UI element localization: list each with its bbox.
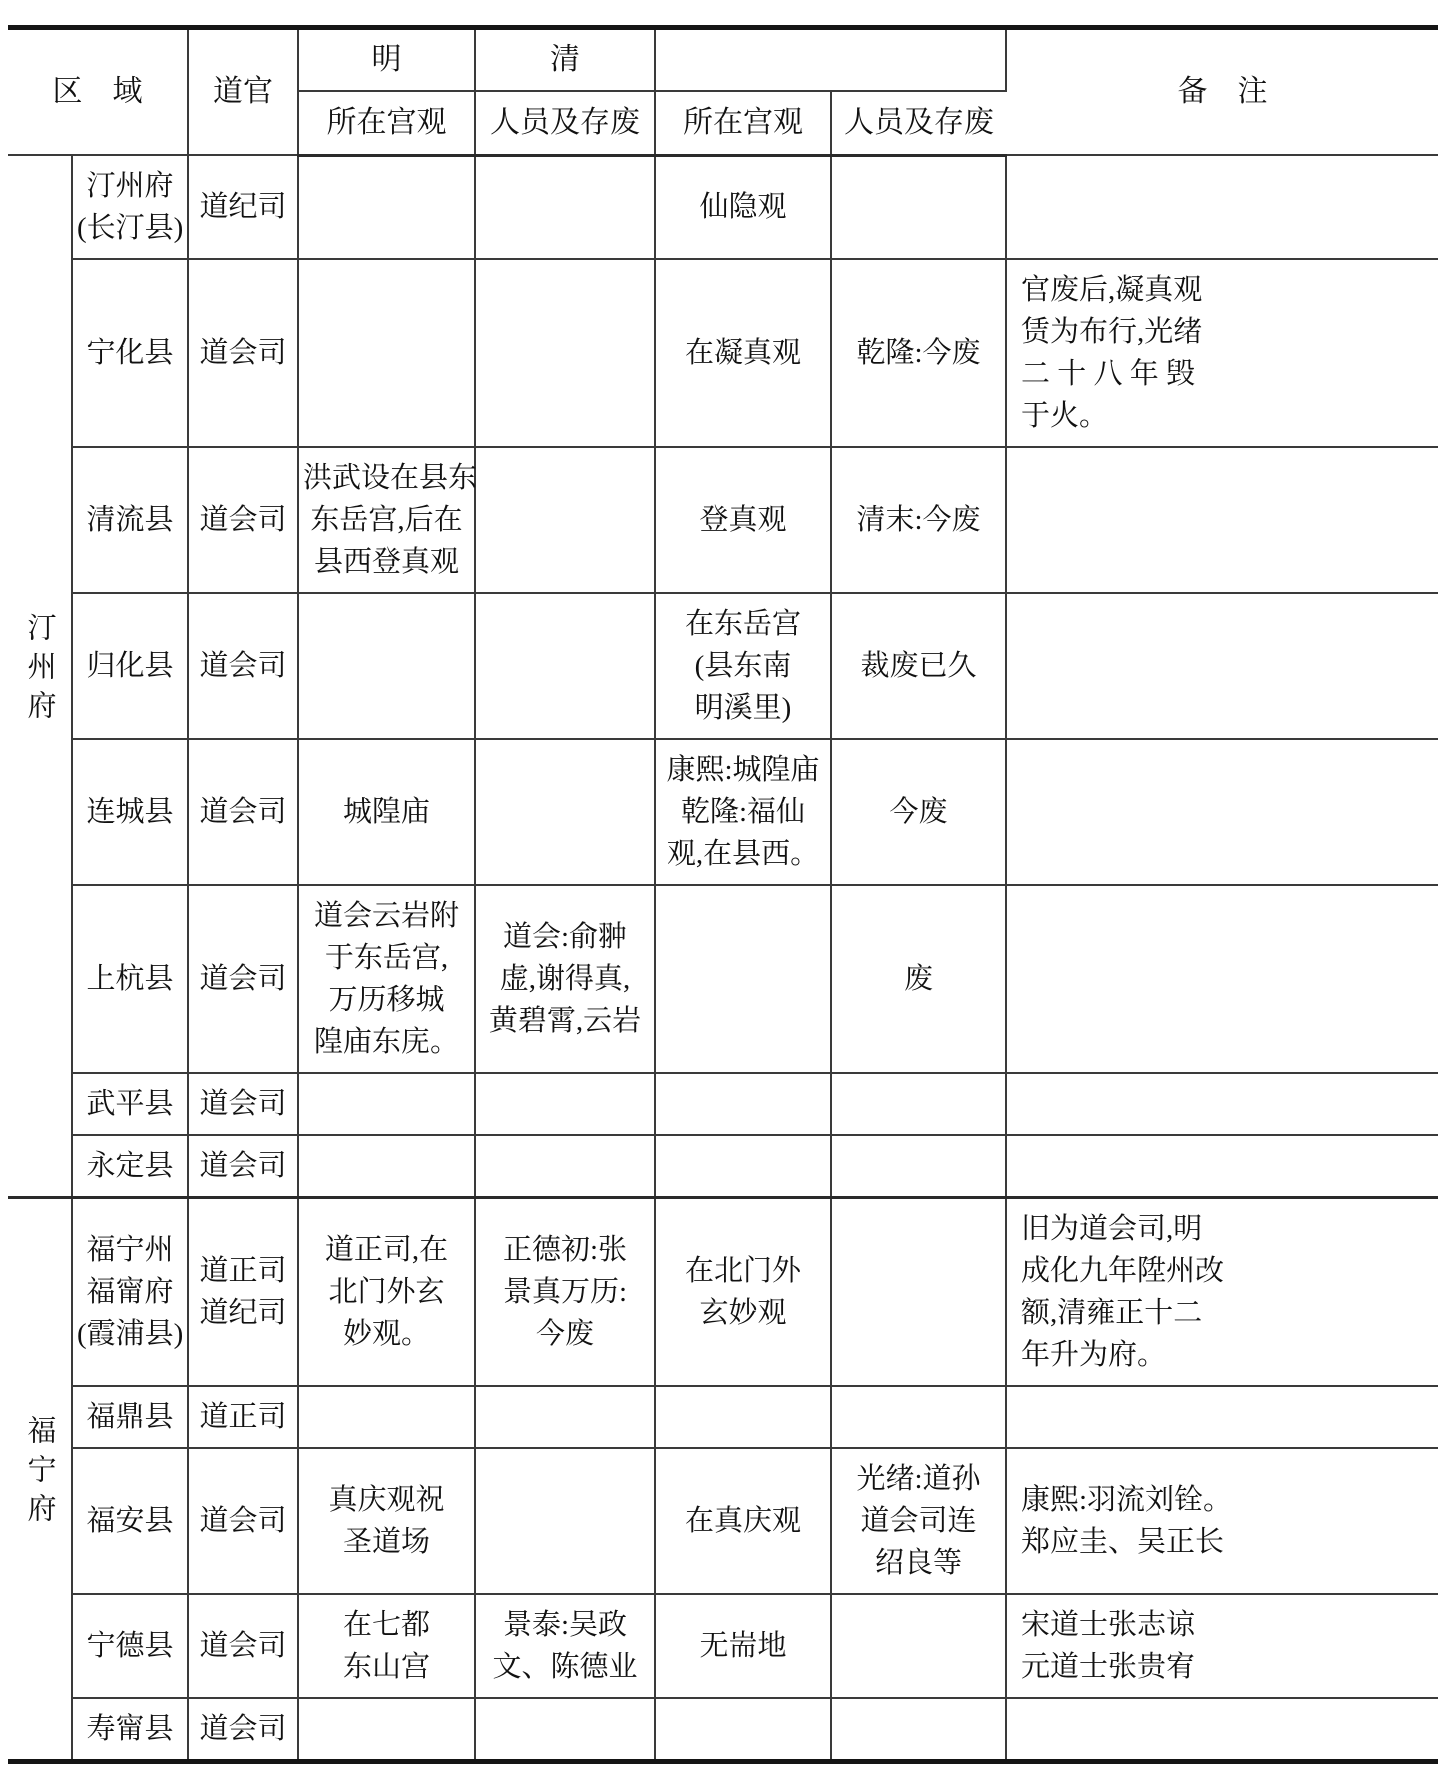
official-cell: 道纪司 [188,155,298,259]
table-row: 福宁府福宁州 福甯府 (霞浦县)道正司 道纪司道正司,在 北门外玄 妙观。正德初… [8,1198,1438,1387]
qing-people-cell [831,1073,1006,1135]
qing-temple-cell [655,1073,831,1135]
county-cell: 连城县 [72,739,188,885]
ming-people-cell [475,1135,655,1198]
qing-people-cell [831,1698,1006,1762]
prefecture-group-label: 福宁府 [8,1198,72,1762]
header-ming-renyuan: 人员及存废 [475,91,655,155]
table-row: 上杭县道会司道会云岩附 于东岳宫, 万历移城 隍庙东庑。道会:俞翀 虚,谢得真,… [8,885,1438,1073]
ming-temple-cell: 道正司,在 北门外玄 妙观。 [298,1198,475,1387]
ming-people-cell: 正德初:张 景真万历: 今废 [475,1198,655,1387]
note-cell [1006,155,1438,259]
official-cell: 道会司 [188,593,298,739]
header-qing-renyuan: 人员及存废 [831,91,1006,155]
table-row: 福安县道会司真庆观祝 圣道场在真庆观光绪:道孙 道会司连 绍良等康熙:羽流刘铨。… [8,1448,1438,1594]
note-cell: 宋道士张志谅 元道士张贵宥 [1006,1594,1438,1698]
ming-temple-cell: 在七都 东山宫 [298,1594,475,1698]
qing-people-cell: 清末:今废 [831,447,1006,593]
county-cell: 福宁州 福甯府 (霞浦县) [72,1198,188,1387]
official-cell: 道会司 [188,885,298,1073]
ming-temple-cell: 真庆观祝 圣道场 [298,1448,475,1594]
ming-people-cell [475,447,655,593]
table-row: 永定县道会司 [8,1135,1438,1198]
note-cell [1006,885,1438,1073]
official-cell: 道会司 [188,739,298,885]
prefecture-name: 汀州府 [19,612,61,729]
ming-people-cell: 景泰:吴政 文、陈德业 [475,1594,655,1698]
official-cell: 道会司 [188,1594,298,1698]
qing-people-cell [831,1135,1006,1198]
ming-people-cell [475,259,655,447]
official-cell: 道会司 [188,1698,298,1762]
county-cell: 汀州府 (长汀县) [72,155,188,259]
ming-temple-cell [298,1073,475,1135]
header-qing-dynasty: 清 [475,28,655,92]
ming-temple-cell: 城隍庙 [298,739,475,885]
qing-temple-cell: 在凝真观 [655,259,831,447]
official-cell: 道会司 [188,1073,298,1135]
note-cell: 康熙:羽流刘铨。 郑应圭、吴正长 [1006,1448,1438,1594]
header-ming-dynasty: 明 [298,28,475,92]
qing-people-cell: 今废 [831,739,1006,885]
header-ming-gongguan: 所在宫观 [298,91,475,155]
county-cell: 福安县 [72,1448,188,1594]
ming-people-cell [475,593,655,739]
official-cell: 道会司 [188,1448,298,1594]
official-cell: 道会司 [188,1135,298,1198]
qing-temple-cell: 无耑地 [655,1594,831,1698]
ming-people-cell: 道会:俞翀 虚,谢得真, 黄碧霄,云岩 [475,885,655,1073]
ming-people-cell [475,739,655,885]
header-daoguan: 道官 [188,28,298,156]
note-cell [1006,739,1438,885]
table-body: 汀州府汀州府 (长汀县)道纪司仙隐观宁化县道会司在凝真观乾隆:今废官废后,凝真观… [8,155,1438,1762]
table-row: 清流县道会司洪武设在县东 东岳宫,后在 县西登真观登真观清末:今废 [8,447,1438,593]
ming-temple-cell: 洪武设在县东 东岳宫,后在 县西登真观 [298,447,475,593]
prefecture-group-label: 汀州府 [8,155,72,1198]
table-row: 武平县道会司 [8,1073,1438,1135]
note-cell [1006,1698,1438,1762]
ming-people-cell [475,1698,655,1762]
qing-temple-cell: 在北门外 玄妙观 [655,1198,831,1387]
ming-temple-cell [298,593,475,739]
daoist-officials-table: 区 域 道官 明 清 备 注 所在宫观 人员及存废 所在宫观 人员及存废 汀州府… [8,25,1438,1764]
table-header: 区 域 道官 明 清 备 注 所在宫观 人员及存废 所在宫观 人员及存废 [8,28,1438,156]
official-cell: 道正司 [188,1386,298,1448]
county-cell: 永定县 [72,1135,188,1198]
county-cell: 清流县 [72,447,188,593]
prefecture-name: 福宁府 [19,1415,61,1532]
table-row: 寿甯县道会司 [8,1698,1438,1762]
note-cell [1006,447,1438,593]
qing-temple-cell: 在真庆观 [655,1448,831,1594]
qing-temple-cell: 登真观 [655,447,831,593]
header-beizhu: 备 注 [1006,28,1438,156]
header-qing-gongguan: 所在宫观 [655,91,831,155]
qing-temple-cell: 在东岳宫 (县东南 明溪里) [655,593,831,739]
document-page: 区 域 道官 明 清 备 注 所在宫观 人员及存废 所在宫观 人员及存废 汀州府… [0,0,1446,1764]
note-cell [1006,1386,1438,1448]
qing-temple-cell: 仙隐观 [655,155,831,259]
table-row: 归化县道会司在东岳宫 (县东南 明溪里)裁废已久 [8,593,1438,739]
ming-people-cell [475,155,655,259]
table-row: 福鼎县道正司 [8,1386,1438,1448]
qing-people-cell [831,1198,1006,1387]
qing-people-cell [831,1594,1006,1698]
table-row: 连城县道会司城隍庙康熙:城隍庙 乾隆:福仙 观,在县西。今废 [8,739,1438,885]
ming-temple-cell [298,1698,475,1762]
qing-people-cell [831,155,1006,259]
county-cell: 福鼎县 [72,1386,188,1448]
ming-people-cell [475,1448,655,1594]
qing-people-cell: 裁废已久 [831,593,1006,739]
header-empty-span [655,28,1006,92]
county-cell: 宁德县 [72,1594,188,1698]
note-cell [1006,1073,1438,1135]
ming-temple-cell: 道会云岩附 于东岳宫, 万历移城 隍庙东庑。 [298,885,475,1073]
table-row: 宁化县道会司在凝真观乾隆:今废官废后,凝真观 赁为布行,光绪 二 十 八 年 毁… [8,259,1438,447]
qing-temple-cell: 康熙:城隍庙 乾隆:福仙 观,在县西。 [655,739,831,885]
ming-temple-cell [298,259,475,447]
qing-people-cell: 乾隆:今废 [831,259,1006,447]
official-cell: 道会司 [188,259,298,447]
qing-people-cell: 废 [831,885,1006,1073]
qing-people-cell: 光绪:道孙 道会司连 绍良等 [831,1448,1006,1594]
county-cell: 武平县 [72,1073,188,1135]
county-cell: 上杭县 [72,885,188,1073]
official-cell: 道正司 道纪司 [188,1198,298,1387]
ming-people-cell [475,1386,655,1448]
county-cell: 归化县 [72,593,188,739]
qing-temple-cell [655,1698,831,1762]
qing-temple-cell [655,1135,831,1198]
header-row-1: 区 域 道官 明 清 备 注 [8,28,1438,92]
county-cell: 寿甯县 [72,1698,188,1762]
ming-people-cell [475,1073,655,1135]
ming-temple-cell [298,155,475,259]
official-cell: 道会司 [188,447,298,593]
qing-people-cell [831,1386,1006,1448]
table-row: 汀州府汀州府 (长汀县)道纪司仙隐观 [8,155,1438,259]
header-region: 区 域 [8,28,188,156]
note-cell [1006,1135,1438,1198]
table-row: 宁德县道会司在七都 东山宫景泰:吴政 文、陈德业无耑地宋道士张志谅 元道士张贵宥 [8,1594,1438,1698]
ming-temple-cell [298,1135,475,1198]
county-cell: 宁化县 [72,259,188,447]
ming-temple-cell [298,1386,475,1448]
note-cell [1006,593,1438,739]
note-cell: 旧为道会司,明 成化九年陞州改 额,清雍正十二 年升为府。 [1006,1198,1438,1387]
note-cell: 官废后,凝真观 赁为布行,光绪 二 十 八 年 毁 于火。 [1006,259,1438,447]
qing-temple-cell [655,1386,831,1448]
qing-temple-cell [655,885,831,1073]
